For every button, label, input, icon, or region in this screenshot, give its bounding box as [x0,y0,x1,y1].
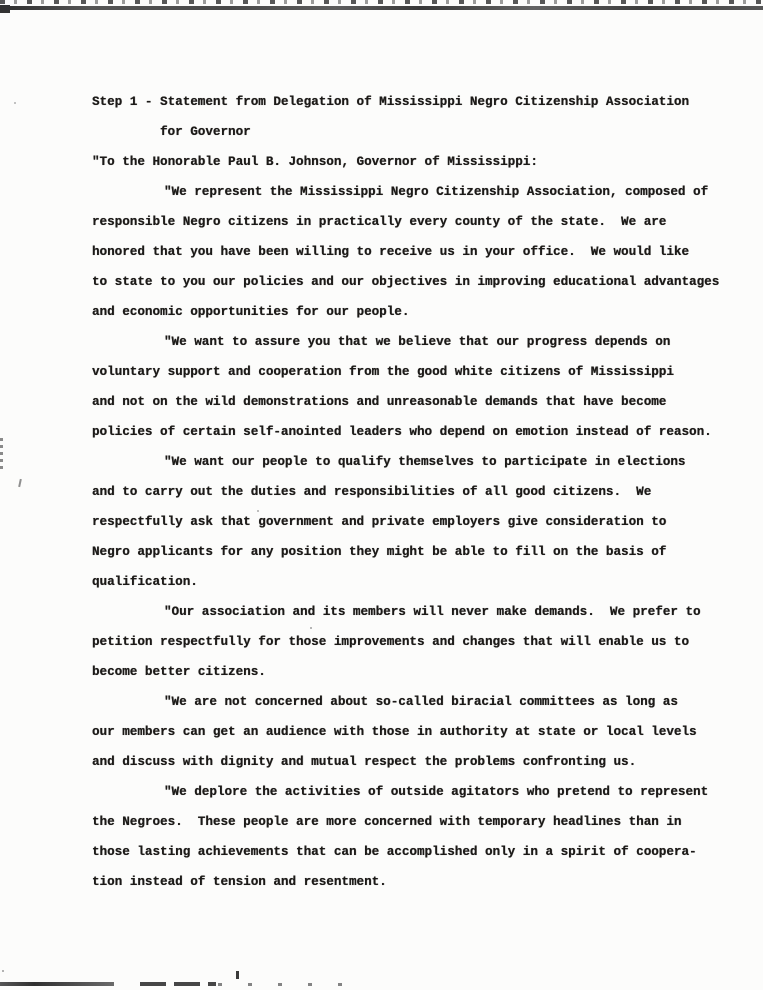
scan-artifact-bottom-line [0,982,114,986]
document-salutation: "To the Honorable Paul B. Johnson, Gover… [92,147,742,177]
scan-artifact-speck [2,970,4,972]
document-line: "We want to assure you that we believe t… [92,327,742,357]
document-line: responsible Negro citizens in practicall… [92,207,742,237]
document-line: policies of certain self-anointed leader… [92,417,742,447]
document-line: respectfully ask that government and pri… [92,507,742,537]
scan-artifact-bottom-tick [236,971,239,979]
document-line: "We represent the Mississippi Negro Citi… [92,177,742,207]
document-line: to state to you our policies and our obj… [92,267,742,297]
document-line: qualification. [92,567,742,597]
document-line: our members can get an audience with tho… [92,717,742,747]
scan-artifact-bottom-dots [218,983,368,986]
document-heading-line-1: Step 1 - Statement from Delegation of Mi… [92,87,742,117]
document-line: "We deplore the activities of outside ag… [92,777,742,807]
scan-artifact-bottom-dashes [140,982,216,986]
document-line: become better citizens. [92,657,742,687]
document-line: those lasting achievements that can be a… [92,837,742,867]
document-page: Step 1 - Statement from Delegation of Mi… [92,87,742,897]
document-line: and not on the wild demonstrations and u… [92,387,742,417]
document-line: Negro applicants for any position they m… [92,537,742,567]
document-line: tion instead of tension and resentment. [92,867,742,897]
scan-artifact-top-left-cap [0,5,10,13]
document-line: and discuss with dignity and mutual resp… [92,747,742,777]
document-line: voluntary support and cooperation from t… [92,357,742,387]
scan-artifact-top-line [0,6,763,10]
document-line: "Our association and its members will ne… [92,597,742,627]
scan-artifact-stray-tick [18,479,22,487]
document-line: "We want our people to qualify themselve… [92,447,742,477]
document-heading-line-2: for Governor [92,117,742,147]
scan-artifact-left-dashes [0,438,3,472]
document-line: and to carry out the duties and responsi… [92,477,742,507]
document-line: petition respectfully for those improvem… [92,627,742,657]
scan-artifact-top-dashes [0,0,763,4]
document-line: "We are not concerned about so-called bi… [92,687,742,717]
scan-artifact-speck [14,102,16,104]
document-line: and economic opportunities for our peopl… [92,297,742,327]
document-line: the Negroes. These people are more conce… [92,807,742,837]
document-line: honored that you have been willing to re… [92,237,742,267]
